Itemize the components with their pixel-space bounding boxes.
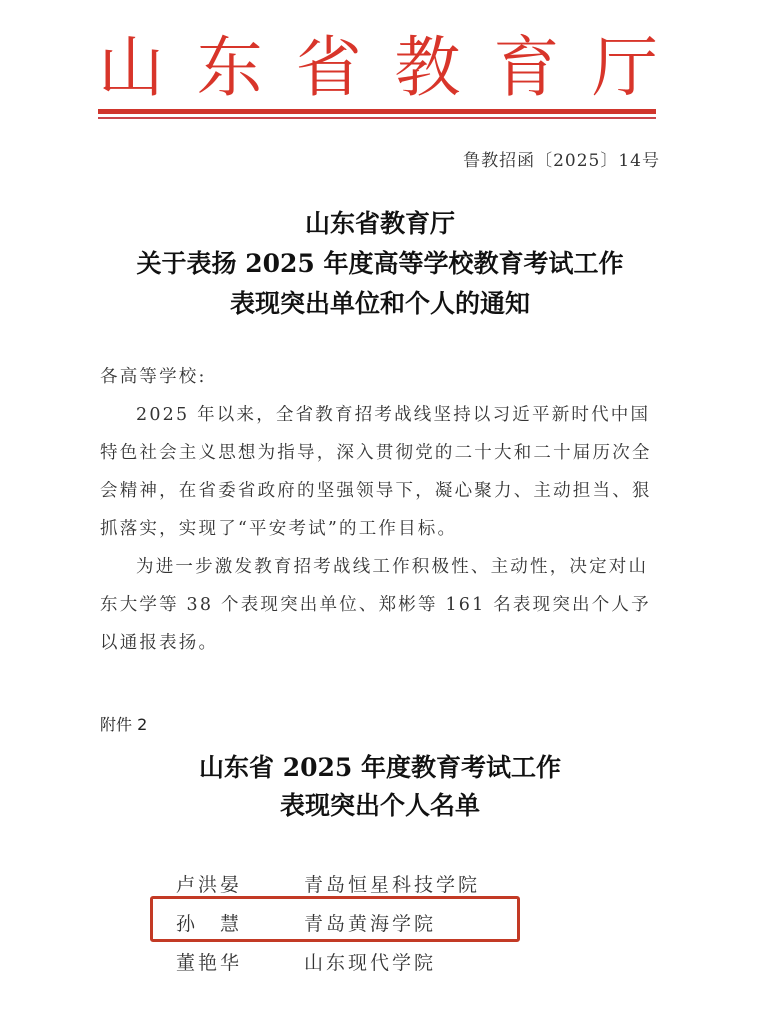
attachment-title-line-1: 山东省 2025 年度教育考试工作	[0, 748, 760, 784]
honoree-name: 董艳华	[176, 948, 286, 975]
letterhead-char: 教	[394, 30, 460, 106]
honoree-name: 卢洪晏	[176, 870, 286, 897]
notice-title-line-3: 表现突出单位和个人的通知	[0, 284, 760, 320]
letterhead-rule-thick	[98, 109, 656, 114]
honoree-name: 马旺娟	[176, 987, 286, 1014]
paragraph: 2025 年以来，全省教育招考战线坚持以习近平新时代中国特色社会主义思想为指导，…	[100, 396, 660, 548]
letterhead-char: 山	[98, 30, 164, 106]
notice-title-line-2: 关于表扬 2025 年度高等学校教育考试工作	[0, 244, 760, 280]
honoree-unit: 山东协和学院	[304, 987, 436, 1014]
honoree-list: 卢洪晏 青岛恒星科技学院 孙 慧 青岛黄海学院 董艳华 山东现代学院 马旺娟 山…	[176, 870, 596, 1014]
letterhead-char: 东	[197, 30, 263, 106]
notice-body: 各高等学校: 2025 年以来，全省教育招考战线坚持以习近平新时代中国特色社会主…	[100, 358, 660, 662]
highlight-box	[150, 896, 520, 942]
salutation: 各高等学校:	[100, 358, 660, 396]
letterhead-char: 省	[296, 30, 362, 106]
letterhead-char: 厅	[592, 30, 658, 106]
document-number: 鲁教招函〔2025〕14号	[463, 146, 660, 171]
attachment-title-line-2: 表现突出个人名单	[0, 786, 760, 822]
honoree-unit: 山东现代学院	[304, 948, 436, 975]
letterhead: 山 东 省 教 育 厅	[98, 30, 658, 106]
attachment-label: 附件 2	[100, 712, 147, 735]
paragraph: 为进一步激发教育招考战线工作积极性、主动性，决定对山东大学等 38 个表现突出单…	[100, 548, 660, 662]
letterhead-char: 育	[493, 30, 559, 106]
honoree-unit: 青岛恒星科技学院	[304, 870, 480, 897]
notice-title-line-1: 山东省教育厅	[0, 204, 760, 240]
letterhead-rule-thin	[98, 117, 656, 119]
